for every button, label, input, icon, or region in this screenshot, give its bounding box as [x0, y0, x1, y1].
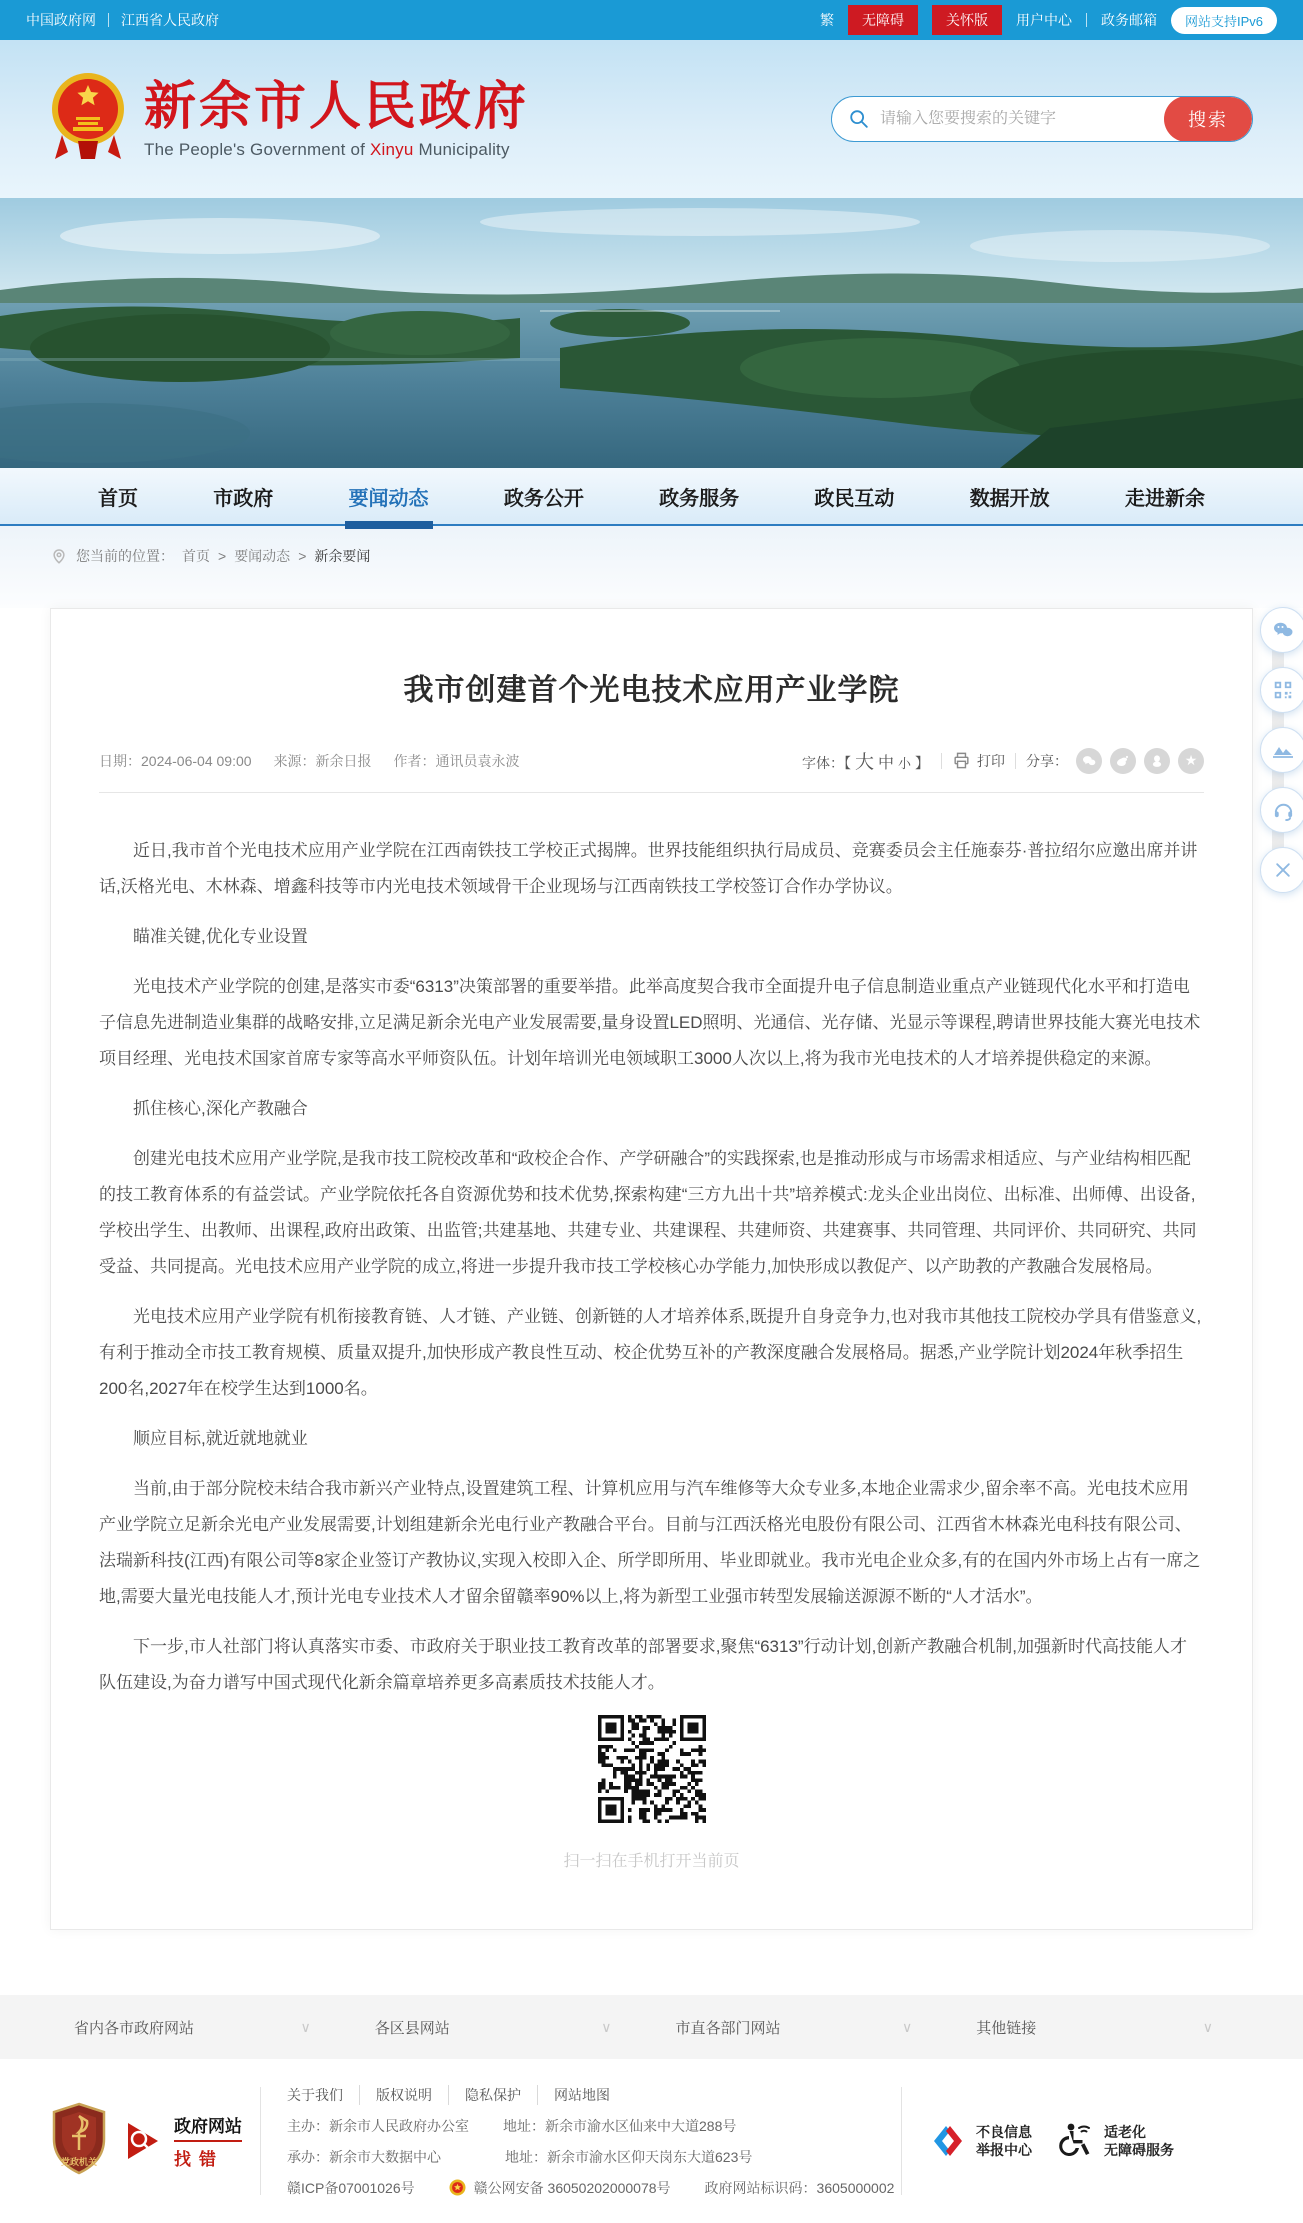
national-emblem-icon	[50, 69, 126, 170]
section-subhead: 瞄准关键,优化专业设置	[99, 919, 1204, 955]
party-gov-shield-badge[interactable]: 党政机关	[50, 2102, 108, 2181]
font-size-label: 字体：【	[802, 755, 851, 771]
dropdown-department-sites[interactable]: 市直各部门网站∨	[652, 2017, 953, 2038]
paragraph: 近日,我市首个光电技术应用产业学院在江西南铁技工学校正式揭牌。世界技能组织执行局…	[99, 833, 1204, 905]
share-weibo-icon[interactable]	[1110, 748, 1136, 774]
svg-text:党政机关: 党政机关	[61, 2156, 97, 2167]
qr-code	[598, 1715, 706, 1823]
float-wechat-button[interactable]	[1260, 607, 1303, 653]
float-support-button[interactable]	[1260, 787, 1303, 833]
close-icon	[1273, 860, 1293, 880]
dropdown-district-sites[interactable]: 各区县网站∨	[351, 2017, 652, 2038]
breadcrumb-news[interactable]: 要闻动态	[234, 546, 290, 566]
friend-links-bar: 省内各市政府网站∨ 各区县网站∨ 市直各部门网站∨ 其他链接∨	[0, 1995, 1303, 2059]
breadcrumb-prefix: 您当前的位置：	[76, 546, 174, 566]
printer-icon	[952, 751, 971, 770]
font-size-small-button[interactable]: 小	[898, 756, 911, 771]
float-qrcode-button[interactable]	[1260, 667, 1303, 713]
article-meta-row: 日期：2024-06-04 09:00 来源：新余日报 作者：通讯员袁永波 字体…	[99, 747, 1204, 793]
qr-block: 扫一扫在手机打开当前页	[99, 1715, 1204, 1871]
nav-item-news[interactable]: 要闻动态	[349, 468, 429, 524]
headset-icon	[1272, 799, 1295, 822]
report-center-badge[interactable]: 不良信息举报中心	[928, 2121, 1032, 2161]
article-source: 来源：新余日报	[274, 751, 372, 771]
user-center-link[interactable]: 用户中心	[1016, 10, 1072, 30]
care-version-button[interactable]: 关怀版	[932, 5, 1002, 35]
font-size-label-end: 】	[915, 755, 929, 771]
accessibility-service-badge[interactable]: 适老化无障碍服务	[1054, 2121, 1174, 2161]
article-card: 我市创建首个光电技术应用产业学院 日期：2024-06-04 09:00 来源：…	[50, 608, 1253, 1930]
share-qzone-icon[interactable]: ★	[1178, 748, 1204, 774]
breadcrumb-current: 新余要闻	[314, 546, 370, 566]
footer-host-row: 主办：新余市人民政府办公室 地址：新余市渝水区仙来中大道288号	[287, 2116, 901, 2136]
nav-item-about-xinyu[interactable]: 走进新余	[1125, 468, 1205, 524]
footer-link-sitemap[interactable]: 网站地图	[538, 2085, 626, 2105]
share-wechat-icon[interactable]	[1076, 748, 1102, 774]
accessibility-button[interactable]: 无障碍	[848, 5, 918, 35]
chevron-down-icon: ∨	[601, 2019, 611, 2036]
section-subhead: 抓住核心,深化产教融合	[99, 1091, 1204, 1127]
main-content-area: 我市创建首个光电技术应用产业学院 日期：2024-06-04 09:00 来源：…	[0, 608, 1303, 1930]
dropdown-province-city-sites[interactable]: 省内各市政府网站∨	[50, 2017, 351, 2038]
icp-license-link[interactable]: 赣ICP备07001026号	[287, 2178, 415, 2198]
breadcrumb-separator: >	[218, 548, 226, 564]
nav-item-interaction[interactable]: 政民互动	[814, 468, 894, 524]
font-size-control: 字体：【大中小】	[800, 747, 931, 774]
share-controls: 分享： ★	[1026, 748, 1204, 774]
nav-item-open-data[interactable]: 数据开放	[970, 468, 1050, 524]
divider	[1086, 13, 1087, 27]
top-utility-bar: 中国政府网 江西省人民政府 繁 无障碍 关怀版 用户中心 政务邮箱 网站支持IP…	[0, 0, 1303, 40]
police-record-link[interactable]: 赣公网安备 36050202000078号	[474, 2178, 671, 2198]
article-date: 日期：2024-06-04 09:00	[99, 751, 252, 771]
link-jiangxi-gov[interactable]: 江西省人民政府	[121, 10, 219, 30]
location-pin-icon	[50, 547, 68, 565]
site-name-en: The People's Government of Xinyu Municip…	[144, 140, 529, 160]
chevron-down-icon: ∨	[902, 2019, 912, 2036]
qr-caption: 扫一扫在手机打开当前页	[99, 1848, 1204, 1871]
landmark-icon	[1271, 738, 1295, 762]
nav-item-city-gov[interactable]: 市政府	[213, 468, 273, 524]
search-icon	[848, 108, 870, 130]
article-title: 我市创建首个光电技术应用产业学院	[99, 665, 1204, 709]
footer: 党政机关 政府网站 找错 关于我们 版权说明 隐私保护	[0, 2059, 1303, 2223]
site-name: 新余市人民政府	[144, 78, 529, 136]
site-header: 新余市人民政府 The People's Government of Xinyu…	[0, 40, 1303, 198]
print-button[interactable]: 打印	[952, 751, 1005, 771]
search-input[interactable]	[880, 110, 1164, 128]
paragraph: 光电技术产业学院的创建,是落实市委“6313”决策部署的重要举措。此举高度契合我…	[99, 969, 1204, 1077]
ipv6-badge[interactable]: 网站支持IPv6	[1171, 7, 1277, 34]
share-qq-icon[interactable]	[1144, 748, 1170, 774]
site-id: 政府网站标识码：3605000002	[705, 2178, 895, 2198]
floating-toolbar	[1253, 607, 1303, 907]
gov-mail-link[interactable]: 政务邮箱	[1101, 10, 1157, 30]
footer-org-row: 承办：新余市大数据中心 地址：新余市渝水区仰天岗东大道623号	[287, 2147, 901, 2167]
divider	[941, 753, 942, 769]
breadcrumb-separator: >	[298, 548, 306, 564]
paragraph: 光电技术应用产业学院有机衔接教育链、人才链、产业链、创新链的人才培养体系,既提升…	[99, 1299, 1204, 1407]
footer-link-privacy[interactable]: 隐私保护	[449, 2085, 538, 2105]
footer-icp-row: 赣ICP备07001026号 赣公网安备 36050202000078号 政府网…	[287, 2178, 901, 2198]
divider	[108, 13, 109, 27]
search-box: 搜索	[831, 96, 1253, 142]
site-logo-link[interactable]: 新余市人民政府 The People's Government of Xinyu…	[50, 69, 529, 170]
main-navigation: 首页 市政府 要闻动态 政务公开 政务服务 政民互动 数据开放 走进新余	[0, 468, 1303, 526]
nav-item-gov-services[interactable]: 政务服务	[659, 468, 739, 524]
traditional-chinese-button[interactable]: 繁	[820, 10, 834, 30]
share-label: 分享：	[1026, 751, 1068, 771]
find-error-logo[interactable]: 政府网站 找错	[122, 2112, 242, 2170]
breadcrumb: 您当前的位置： 首页 > 要闻动态 > 新余要闻	[50, 546, 1253, 566]
float-close-button[interactable]	[1260, 847, 1303, 893]
article-author: 作者：通讯员袁永波	[394, 751, 520, 771]
link-china-gov[interactable]: 中国政府网	[26, 10, 96, 30]
chevron-down-icon: ∨	[1203, 2019, 1213, 2036]
footer-link-copyright[interactable]: 版权说明	[360, 2085, 449, 2105]
section-subhead: 顺应目标,就近就地就业	[99, 1421, 1204, 1457]
divider	[1015, 753, 1016, 769]
wechat-icon	[1271, 618, 1295, 642]
footer-link-about[interactable]: 关于我们	[287, 2085, 360, 2105]
chevron-down-icon: ∨	[301, 2019, 311, 2036]
paragraph: 下一步,市人社部门将认真落实市委、市政府关于职业技工教育改革的部署要求,聚焦“6…	[99, 1629, 1204, 1701]
wheelchair-icon	[1054, 2121, 1096, 2161]
report-diamond-icon	[928, 2121, 968, 2161]
qrcode-icon	[1272, 679, 1294, 701]
nav-item-gov-affairs[interactable]: 政务公开	[504, 468, 584, 524]
article-body: 近日,我市首个光电技术应用产业学院在江西南铁技工学校正式揭牌。世界技能组织执行局…	[99, 833, 1204, 1701]
nav-item-home[interactable]: 首页	[98, 468, 138, 524]
paragraph: 当前,由于部分院校未结合我市新兴产业特点,设置建筑工程、计算机应用与汽车维修等大…	[99, 1471, 1204, 1615]
paragraph: 创建光电技术应用产业学院,是我市技工院校改革和“政校企合作、产学研融合”的实践探…	[99, 1141, 1204, 1285]
float-landmark-button[interactable]	[1260, 727, 1303, 773]
police-badge-icon	[449, 2179, 466, 2196]
breadcrumb-home[interactable]: 首页	[182, 546, 210, 566]
breadcrumb-band: 您当前的位置： 首页 > 要闻动态 > 新余要闻	[0, 526, 1303, 608]
footer-links: 关于我们 版权说明 隐私保护 网站地图	[287, 2085, 901, 2105]
font-size-large-button[interactable]: 大	[855, 752, 874, 773]
hero-banner-image	[0, 198, 1303, 468]
font-size-medium-button[interactable]: 中	[878, 755, 894, 772]
search-button[interactable]: 搜索	[1164, 96, 1252, 142]
active-tab-marker	[345, 521, 433, 529]
dropdown-other-links[interactable]: 其他链接∨	[952, 2017, 1253, 2038]
